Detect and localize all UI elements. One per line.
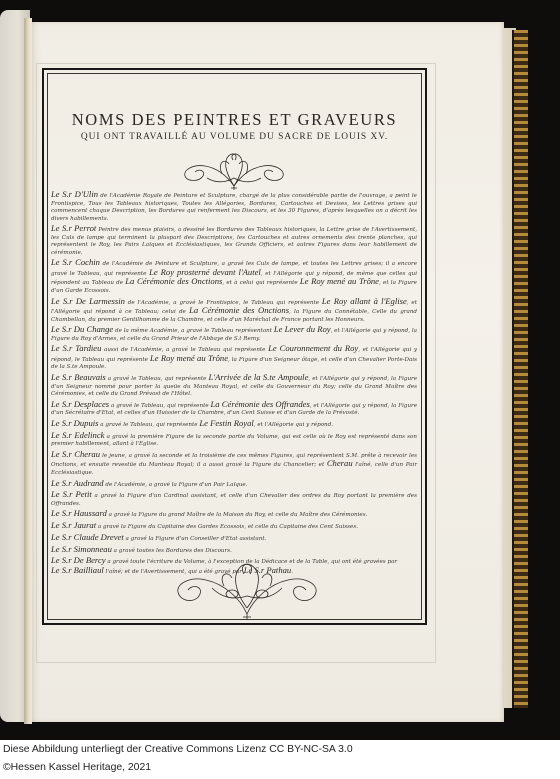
page-title: NOMS DES PEINTRES ET GRAVEURS [44,110,425,130]
entry-work-title: Le Roy allant à l'Eglise [322,296,407,306]
entry-name: Le S.r Cochin [51,257,100,267]
engraved-frame: NOMS DES PEINTRES ET GRAVEURS QUI ONT TR… [42,68,427,625]
entry-name: Le S.r D'Ulin [51,189,98,199]
entry-dulin: Le S.r D'Ulin de l'Académie Royale de Pe… [51,191,417,223]
entry-text: a gravé la Figure du grand Maître de la … [109,512,368,518]
entry-text: a gravé toutes les Bordures des Discours… [114,548,232,554]
entry-cochin: Le S.r Cochin de l'Académie de Peinture … [51,259,417,295]
book-gutter [24,18,32,724]
entry-name: Le S.r Bailliaul [51,565,104,575]
gilt-binding-edge [512,30,528,708]
entry-tardieu: Le S.r Tardieu aussi de l'Académie, a gr… [51,345,417,372]
entry-work-title: La Cérémonie des Onctions [189,305,289,315]
entry-text: , et l'Allégorie qui y répond. [254,422,333,428]
entry-delarmessin: Le S.r De Larmessin de l'Académie, a gra… [51,298,417,325]
entry-work-title: Le Roy mené au Trône [150,353,228,363]
entry-name: Le S.r Perrot [51,223,96,233]
entry-haussard: Le S.r Haussard a gravé la Figure du gra… [51,510,417,520]
entry-work-title: Le Festin Royal [199,418,253,428]
contributors-list: Le S.r D'Ulin de l'Académie Royale de Pe… [51,191,417,578]
entry-text: a gravé le Tableau, qui représente [111,403,209,409]
entry-name: Le S.r Jaurat [51,520,96,530]
entry-name: Le S.r De Bercy [51,555,106,565]
bottom-flourish-ornament [172,558,322,620]
entry-name: Le S.r Edelinck [51,430,104,440]
entry-work-title: La Cérémonie des Onctions [125,276,222,286]
entry-petit: Le S.r Petit a gravé la Figure d'un Card… [51,491,417,508]
entry-name: Le S.r Dupuis [51,418,99,428]
entry-name: Le S.r Audrand [51,478,104,488]
top-flourish-ornament [177,148,292,190]
entry-text: de l'Académie, a gravé la Figure d'un Pa… [105,482,247,488]
entry-beauvais: Le S.r Beauvais a gravé le Tableau, qui … [51,374,417,399]
entry-text: a gravé la première Figure de la seconde… [51,434,417,448]
entry-edelinck: Le S.r Edelinck a gravé la première Figu… [51,432,417,449]
entry-text: de l'Académie Royale de Peinture et Scul… [51,193,417,222]
entry-work-title: Le Couronnement du Roy [268,343,358,353]
entry-text: a gravé le Tableau, qui représente [108,376,207,382]
entry-name: Le S.r Petit [51,489,92,499]
copyright-caption: ©Hessen Kassel Heritage, 2021 [3,762,151,773]
entry-name: Le S.r Cherau [51,449,100,459]
entry-work-title: Le Lever du Roy [274,324,331,334]
entry-name: Le S.r Simonneau [51,544,112,554]
entry-text: a gravé la Figure d'un Conseiller d'Etat… [126,536,267,542]
entry-name: Le S.r Desplaces [51,399,109,409]
entry-perrot: Le S.r Perrot Peintre des menus plaisirs… [51,225,417,257]
entry-cherau: Le S.r Cherau le jeune, a gravé la secon… [51,451,417,478]
entry-work-title: Le Roy mené au Trône [300,276,379,286]
entry-name: Le S.r De Larmessin [51,296,125,306]
entry-text: a gravé la Figure d'un Cardinal assistan… [51,493,417,507]
license-caption: Diese Abbildung unterliegt der Creative … [3,744,353,755]
entry-text: , et à celui qui représente [222,280,297,286]
entry-drevet: Le S.r Claude Drevet a gravé la Figure d… [51,534,417,544]
entry-audrand: Le S.r Audrand de l'Académie, a gravé la… [51,480,417,490]
entry-work-title: Le Roy prosterné devant l'Autel [149,267,261,277]
entry-name: Le S.r Tardieu [51,343,101,353]
entry-dupuis: Le S.r Dupuis a gravé le Tableau, qui re… [51,420,417,430]
entry-simonneau: Le S.r Simonneau a gravé toutes les Bord… [51,546,417,556]
entry-name: Le S.r Claude Drevet [51,532,124,542]
entry-name: Le S.r Haussard [51,508,107,518]
entry-text: de la même Académie, a gravé le Tableau … [115,328,272,334]
entry-work-title: La Cérémonie des Offrandes [211,399,310,409]
entry-jaurat: Le S.r Jaurat a gravé la Figure du Capit… [51,522,417,532]
entry-name: Le S.r Beauvais [51,372,106,382]
page-subtitle: QUI ONT TRAVAILLÉ AU VOLUME DU SACRE DE … [44,132,425,142]
book-photograph: NOMS DES PEINTRES ET GRAVEURS QUI ONT TR… [0,0,560,740]
entry-text: a gravé la Figure du Capitaine des Garde… [98,524,358,530]
entry-text: Peintre des menus plaisirs, a dessiné le… [51,227,417,256]
entry-name: Le S.r Du Change [51,324,113,334]
entry-duchange: Le S.r Du Change de la même Académie, a … [51,326,417,343]
entry-work-title: Cherau [327,458,353,468]
entry-text: a gravé le Tableau, qui représente [100,422,197,428]
entry-work-title: L'Arrivée de la S.te Ampoule [208,372,308,382]
entry-desplaces: Le S.r Desplaces a gravé le Tableau, qui… [51,401,417,418]
